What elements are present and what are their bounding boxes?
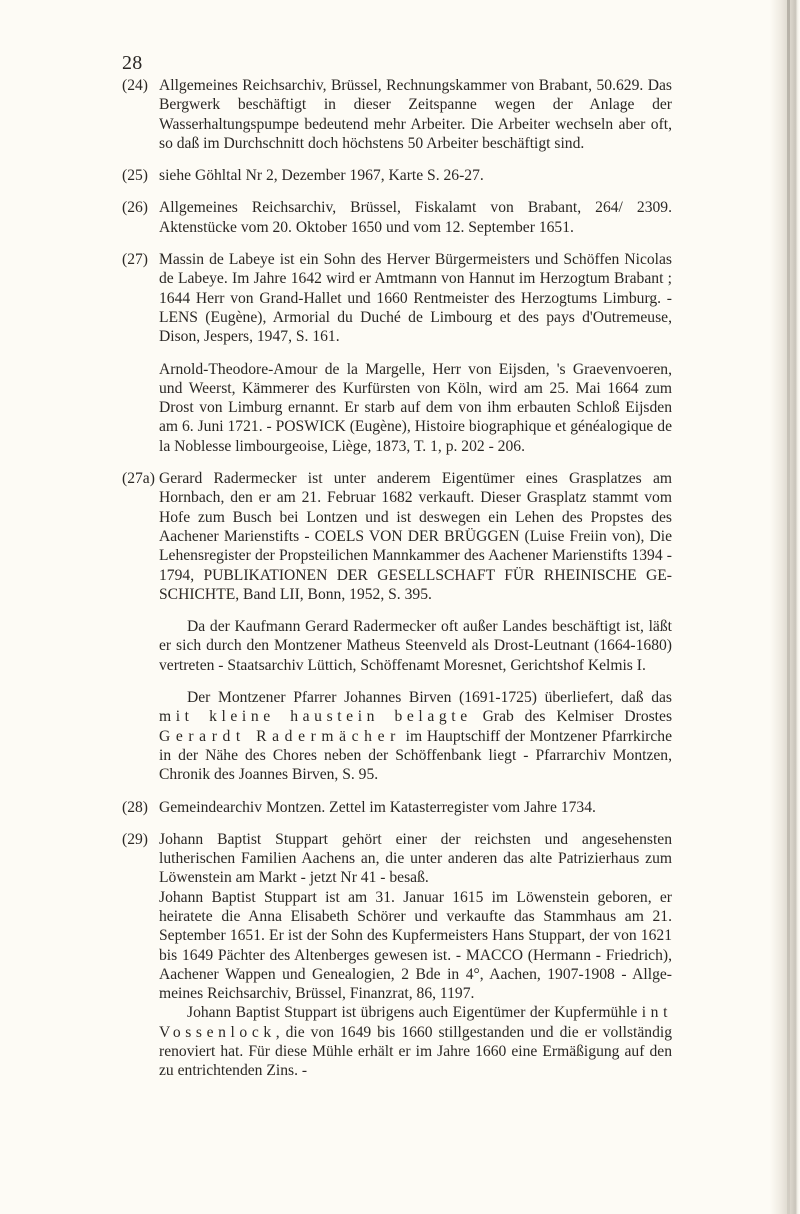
footnote-label: (29) — [122, 830, 148, 849]
footnote-label: (27a) — [122, 469, 155, 488]
footnote-text: Johann Baptist Stuppart gehört einer der… — [159, 830, 672, 888]
footnote-label: (25) — [122, 166, 148, 185]
footnote-text: Allgemeines Reichsarchiv, Brüssel, Rechn… — [159, 76, 672, 153]
page-number: 28 — [122, 52, 672, 74]
footnote-24: (24) Allgemeines Reichsarchiv, Brüssel, … — [122, 76, 672, 153]
footnote-text: Massin de Labeye ist ein Sohn des Herver… — [159, 250, 672, 346]
text-run: Grab des Kel­miser Drostes — [472, 708, 672, 725]
footnote-label: (27) — [122, 250, 148, 269]
binding-edge — [787, 0, 790, 1214]
footnote-27: (27) Massin de Labeye ist ein Sohn des H… — [122, 250, 672, 456]
page-gutter-shadow — [770, 0, 800, 1214]
text-run: Johann Baptist Stuppart ist übrigens auc… — [187, 1004, 642, 1021]
footnote-text-continued: Arnold-Theodore-Amour de la Margelle, He… — [159, 360, 672, 456]
footnote-text: Allgemeines Reichsarchiv, Brüssel, Fiska… — [159, 198, 672, 237]
footnote-text-birven: Der Montzener Pfarrer Johannes Birven (1… — [159, 688, 672, 784]
emphasized-spaced-text: mit kleine haustein belagte — [159, 708, 472, 725]
emphasized-spaced-name: Gerardt Radermächer — [159, 728, 401, 745]
footnote-28: (28) Gemeindearchiv Montzen. Zettel im K… — [122, 798, 672, 817]
footnote-text: Gerard Radermecker ist unter anderem Eig… — [159, 469, 672, 604]
text-run: Der Montzener Pfarrer Johannes Birven (1… — [187, 689, 672, 706]
footnote-text-mill: Johann Baptist Stuppart ist übrigens auc… — [159, 1003, 672, 1080]
footnote-26: (26) Allgemeines Reichsarchiv, Brüssel, … — [122, 198, 672, 237]
footnote-label: (28) — [122, 798, 148, 817]
document-page: 28 (24) Allgemeines Reichsarchiv, Brüsse… — [122, 52, 672, 1094]
footnote-text-continued: Johann Baptist Stuppart ist am 31. Janua… — [159, 888, 672, 1004]
footnote-text-continued: Da der Kaufmann Gerard Radermecker oft a… — [159, 617, 672, 675]
footnote-29: (29) Johann Baptist Stuppart gehört eine… — [122, 830, 672, 1081]
footnote-27a: (27a) Gerard Radermecker ist unter ander… — [122, 469, 672, 784]
footnote-label: (24) — [122, 76, 148, 95]
footnote-text: siehe Göhltal Nr 2, Dezember 1967, Karte… — [159, 166, 672, 185]
footnote-text: Gemeindearchiv Montzen. Zettel im Katast… — [159, 798, 672, 817]
footnote-label: (26) — [122, 198, 148, 217]
footnote-25: (25) siehe Göhltal Nr 2, Dezember 1967, … — [122, 166, 672, 185]
